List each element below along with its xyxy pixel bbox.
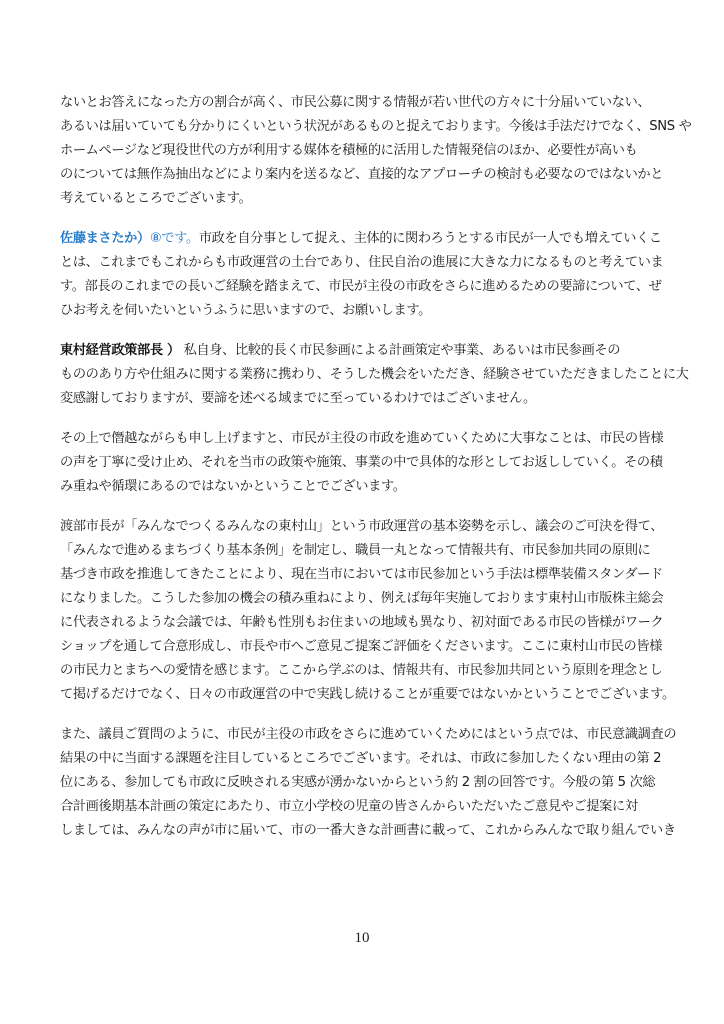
text-line: 考えているところでございます。 bbox=[60, 187, 666, 211]
text-line: ショップを通して合意形成し、市長や市へご意見ご提案ご評価をくださいます。ここに東… bbox=[60, 635, 666, 659]
text-line: ひお考えを伺いたいというふうに思いますので、お願いします。 bbox=[60, 299, 666, 323]
text-line: とは、これまでもこれからも市政運営の土台であり、住民自治の進展に大きな力になるも… bbox=[60, 251, 666, 275]
text-line: の市民力とまちへの愛情を感じます。ここから学ぶのは、情報共有、市民参加共同という… bbox=[60, 659, 666, 683]
text-line: あるいは届いていても分かりにくいという状況があるものと捉えております。今後は手法… bbox=[60, 115, 666, 139]
text-line: 基づき市政を推進してきたことにより、現在当市においては市民参加という手法は標準装… bbox=[60, 563, 666, 587]
paragraph-5: 渡部市長が「みんなでつくるみんなの東村山」という市政運営の基本姿勢を示し、議会の… bbox=[60, 515, 666, 707]
text-line: もののあり方や仕組みに関する業務に携わり、そうした機会をいただき、経験させていた… bbox=[60, 363, 666, 387]
paragraph-2-question: 佐藤まさたか）⑧です。市政を自分事として捉え、主体的に関わろうとする市民が一人で… bbox=[60, 227, 666, 323]
text-line: に代表されるような会議では、年齢も性別もお住まいの地域も異なり、初対面である市民… bbox=[60, 611, 666, 635]
text-line: の声を丁寧に受け止め、それを当市の政策や施策、事業の中で具体的な形としてお返しし… bbox=[60, 451, 666, 475]
paragraph-4: その上で僭越ながらも申し上げますと、市民が主役の市政を進めていくために大事なこと… bbox=[60, 427, 666, 499]
text-line: ホームページなど現役世代の方が利用する媒体を積極的に活用した情報発信のほか、必要… bbox=[60, 139, 666, 163]
page-number: 10 bbox=[0, 930, 724, 947]
text-segment: 私自身、比較的長く市民参画による計画策定や事業、あるいは市民参画その bbox=[180, 343, 620, 358]
paragraph-6: また、議員ご質問のように、市民が主役の市政をさらに進めていくためにはという点では… bbox=[60, 723, 666, 843]
text-line: のについては無作為抽出などにより案内を送るなど、直接的なアプローチの検討も必要な… bbox=[60, 163, 666, 187]
text-line: 佐藤まさたか）⑧です。市政を自分事として捉え、主体的に関わろうとする市民が一人で… bbox=[60, 227, 666, 251]
text-segment: 市政を自分事として捉え、主体的に関わろうとする市民が一人でも増えていくこ bbox=[199, 231, 662, 246]
text-line: 変感謝しておりますが、要諦を述べる域までに至っているわけではございません。 bbox=[60, 387, 666, 411]
text-line: 「みんなで進めるまちづくり基本条例」を制定し、職員一丸となって情報共有、市民参加… bbox=[60, 539, 666, 563]
text-line: ないとお答えになった方の割合が高く、市民公募に関する情報が若い世代の方々に十分届… bbox=[60, 91, 666, 115]
text-line: 合計画後期基本計画の策定にあたり、市立小学校の児童の皆さんからいただいたご意見や… bbox=[60, 795, 666, 819]
speaker-label-higashimura: 東村経営政策部長 ） bbox=[60, 343, 180, 358]
text-line: になりました。こうした参加の機会の積み重ねにより、例えば毎年実施しております東村… bbox=[60, 587, 666, 611]
paragraph-1: ないとお答えになった方の割合が高く、市民公募に関する情報が若い世代の方々に十分届… bbox=[60, 91, 666, 211]
text-line: また、議員ご質問のように、市民が主役の市政をさらに進めていくためにはという点では… bbox=[60, 723, 666, 747]
document-page: ないとお答えになった方の割合が高く、市民公募に関する情報が若い世代の方々に十分届… bbox=[0, 0, 724, 1024]
text-line: み重ねや循環にあるのではないかということでございます。 bbox=[60, 475, 666, 499]
text-line: 結果の中に当面する課題を注目しているところでございます。それは、市政に参加したく… bbox=[60, 747, 666, 771]
text-line: す。部長のこれまでの長いご経験を踏まえて、市民が主役の市政をさらに進めるための要… bbox=[60, 275, 666, 299]
question-number: ⑧です。 bbox=[150, 231, 199, 246]
document-body: ないとお答えになった方の割合が高く、市民公募に関する情報が若い世代の方々に十分届… bbox=[60, 91, 666, 859]
text-line: 渡部市長が「みんなでつくるみんなの東村山」という市政運営の基本姿勢を示し、議会の… bbox=[60, 515, 666, 539]
paragraph-3-answer: 東村経営政策部長 ） 私自身、比較的長く市民参画による計画策定や事業、あるいは市… bbox=[60, 339, 666, 411]
speaker-label-sato: 佐藤まさたか） bbox=[60, 231, 150, 246]
text-line: 東村経営政策部長 ） 私自身、比較的長く市民参画による計画策定や事業、あるいは市… bbox=[60, 339, 666, 363]
text-line: 位にある、参加しても市政に反映される実感が湧かないからという約 2 割の回答です… bbox=[60, 771, 666, 795]
text-line: その上で僭越ながらも申し上げますと、市民が主役の市政を進めていくために大事なこと… bbox=[60, 427, 666, 451]
text-line: て掲げるだけでなく、日々の市政運営の中で実践し続けることが重要ではないかというこ… bbox=[60, 683, 666, 707]
text-line: しましては、みんなの声が市に届いて、市の一番大きな計画書に載って、これからみんな… bbox=[60, 819, 666, 843]
